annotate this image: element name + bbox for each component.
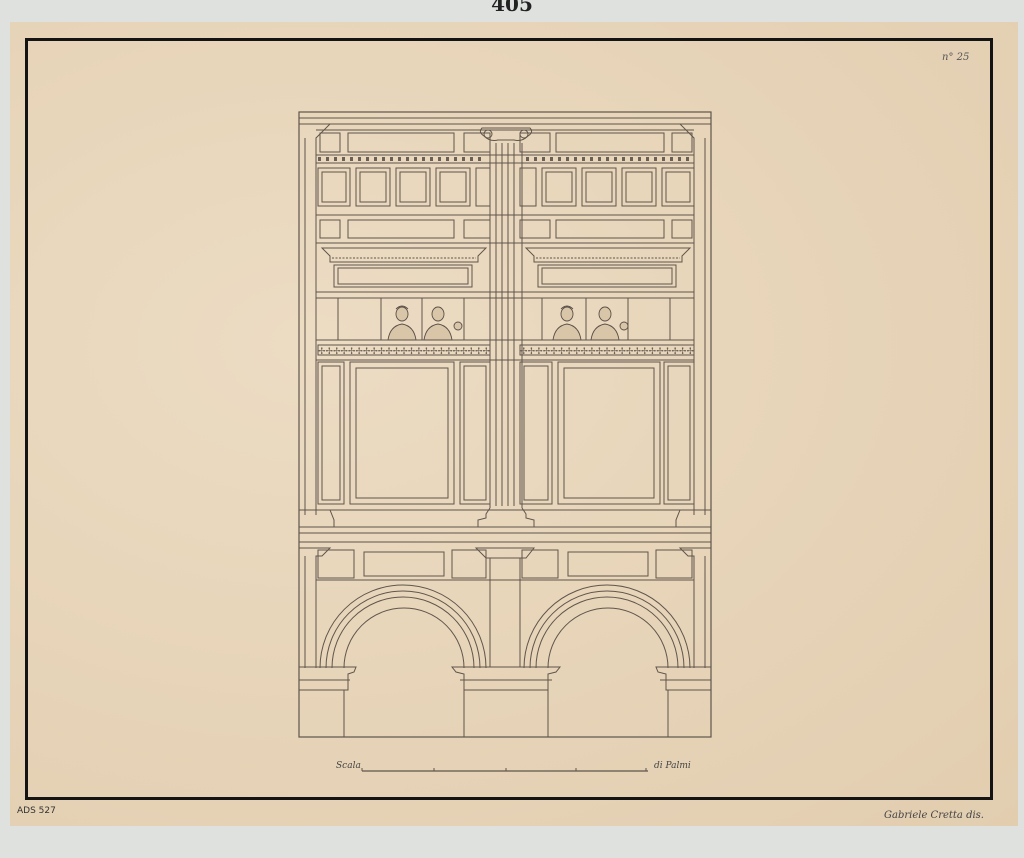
svg-text:✢✢✢✢✢✢✢✢✢✢✢✢✢✢✢✢✢✢✢✢✢✢✢: ✢✢✢✢✢✢✢✢✢✢✢✢✢✢✢✢✢✢✢✢✢✢✢ — [520, 347, 694, 357]
svg-text:✢✢✢✢✢✢✢✢✢✢✢✢✢✢✢✢✢✢✢✢✢✢✢: ✢✢✢✢✢✢✢✢✢✢✢✢✢✢✢✢✢✢✢✢✢✢✢ — [318, 347, 490, 357]
artist-signature: Gabriele Cretta dis. — [884, 810, 984, 821]
ornament-band: ✢✢✢✢✢✢✢✢✢✢✢✢✢✢✢✢✢✢✢✢✢✢✢ ✢✢✢✢✢✢✢✢✢✢✢✢✢✢✢✢… — [318, 347, 694, 357]
figure-right-1 — [553, 306, 581, 340]
figure-right-2 — [591, 307, 628, 340]
architectural-elevation: ✢✢✢✢✢✢✢✢✢✢✢✢✢✢✢✢✢✢✢✢✢✢✢ ✢✢✢✢✢✢✢✢✢✢✢✢✢✢✢✢… — [0, 0, 1024, 858]
archive-code: ADS 527 — [17, 806, 56, 816]
scale-label-right: di Palmi — [654, 761, 691, 771]
dentil-band — [318, 157, 689, 161]
figure-left-1 — [388, 306, 416, 340]
figure-left-2 — [424, 307, 462, 340]
scale-label-left: Scala — [336, 761, 361, 771]
